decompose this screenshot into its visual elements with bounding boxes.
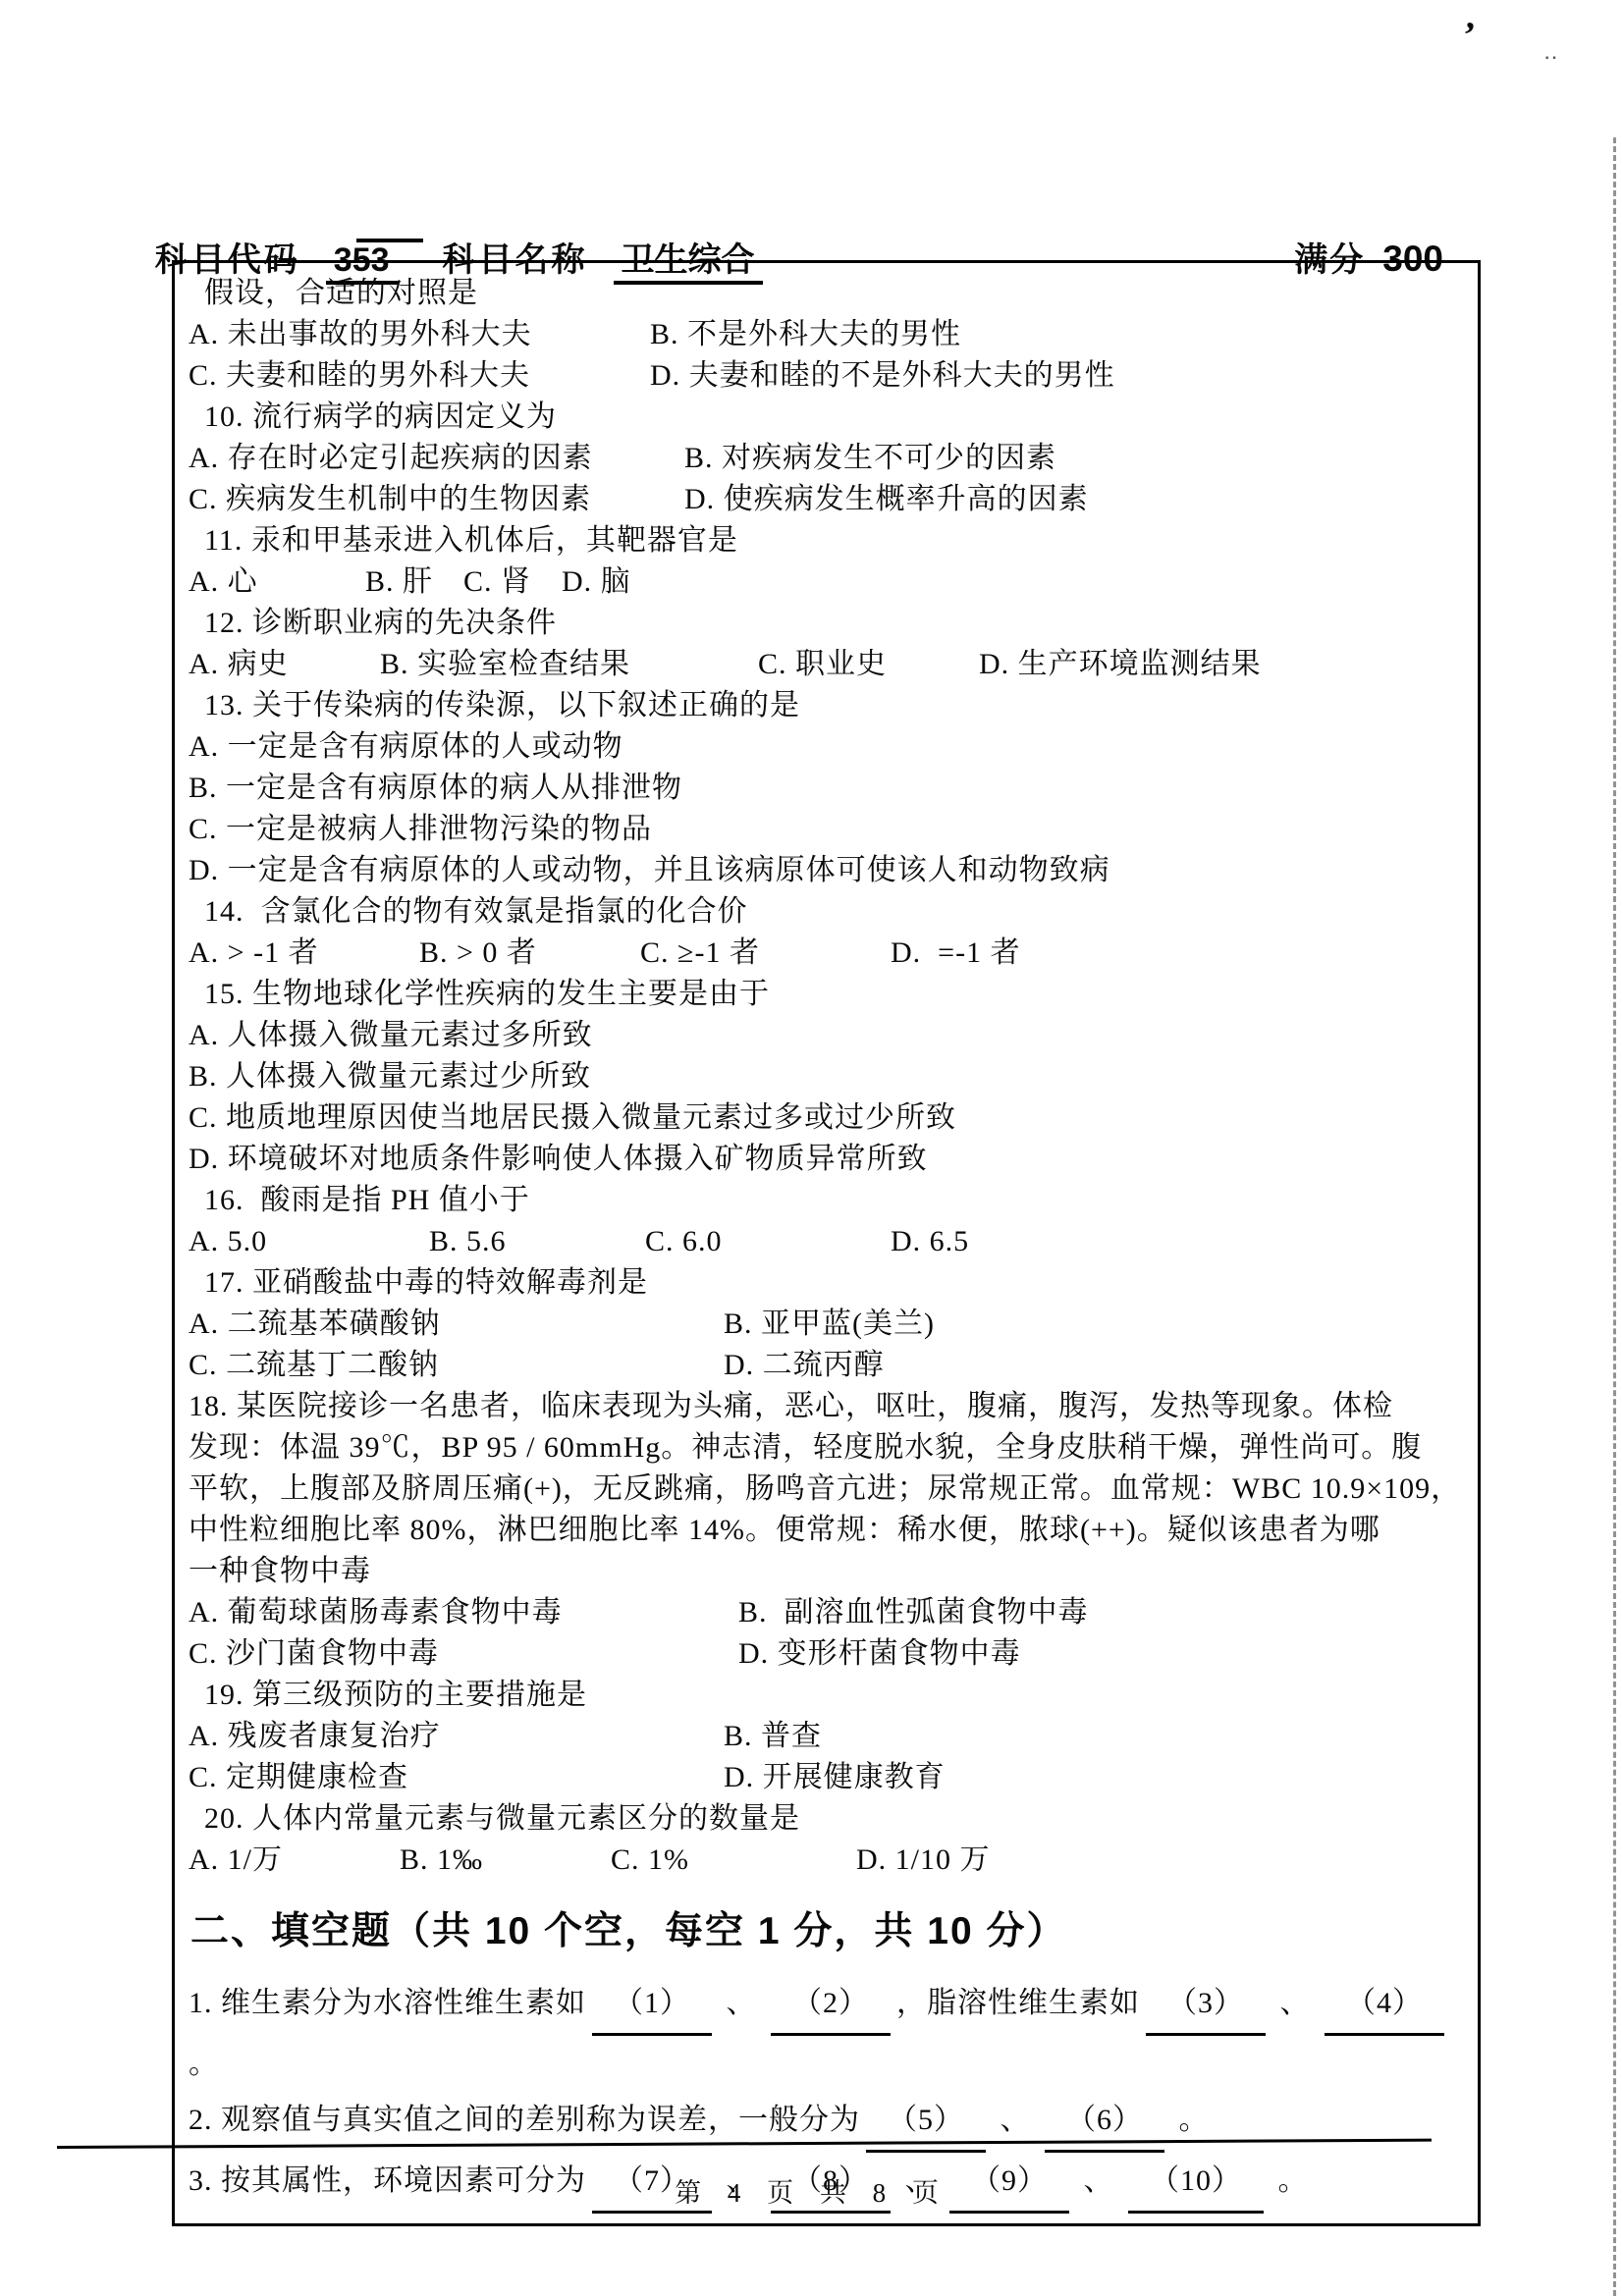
exam-page: 科目代码353科目名称卫生综合 满分300 假设，合适的对照是A. 未出事故的男…: [0, 0, 1623, 2296]
fill-in-text: 1. 维生素分为水溶性维生素如: [189, 1987, 586, 2019]
option-item: B. 1‰: [400, 1840, 611, 1881]
option-item: B. 普查: [724, 1716, 822, 1757]
question-stem: 20. 人体内常量元素与微量元素区分的数量是: [189, 1798, 1465, 1840]
option-item: B. 副溶血性弧菌食物中毒: [738, 1592, 1089, 1633]
option-item: A. 葡萄球菌肠毒素食物中毒: [189, 1592, 738, 1633]
option-item: C. ≥-1 者: [640, 933, 891, 974]
question-stem: 11. 汞和甲基汞进入机体后，其靶器官是: [189, 520, 1465, 561]
fill-in-text: 2. 观察值与真实值之间的差别称为误差，一般分为: [189, 2104, 860, 2136]
option-item: A. > -1 者: [189, 933, 419, 974]
option-item: A. 二巯基苯磺酸钠: [189, 1304, 724, 1345]
exam-header: 科目代码353科目名称卫生综合 满分300: [118, 194, 1512, 253]
question-text: D. 环境破坏对地质条件影响使人体摄入矿物质异常所致: [189, 1139, 1465, 1180]
option-item: B. 肝: [365, 561, 463, 603]
question-box: 假设，合适的对照是A. 未出事故的男外科大夫B. 不是外科大夫的男性C. 夫妻和…: [172, 260, 1481, 2226]
option-item: C. 定期健康检查: [189, 1757, 724, 1798]
question-text: C. 一定是被病人排泄物污染的物品: [189, 809, 1465, 850]
question-text: C. 地质地理原因使当地居民摄入微量元素过多或过少所致: [189, 1097, 1465, 1139]
option-item: D. 6.5: [891, 1221, 969, 1262]
option-item: C. 肾: [463, 561, 562, 603]
option-item: A. 1/万: [189, 1840, 400, 1881]
option-item: D. =-1 者: [891, 933, 1021, 974]
question-stem: 10. 流行病学的病因定义为: [189, 397, 1465, 438]
question-stem: 16. 酸雨是指 PH 值小于: [189, 1180, 1465, 1221]
options-row: A. 病史B. 实验室检查结果C. 职业史D. 生产环境监测结果: [189, 644, 1465, 685]
option-item: B. 不是外科大夫的男性: [650, 314, 961, 355]
option-item: D. 夫妻和睦的不是外科大夫的男性: [650, 355, 1115, 397]
option-item: A. 存在时必定引起疾病的因素: [189, 438, 684, 479]
page-number: 第 4 页 共 8 页: [0, 2171, 1623, 2210]
option-item: C. 职业史: [758, 644, 979, 685]
options-row: C. 定期健康检查D. 开展健康教育: [189, 1757, 1465, 1798]
question-stem: 12. 诊断职业病的先决条件: [189, 603, 1465, 644]
question-text: 18. 某医院接诊一名患者，临床表现为头痛，恶心，呕吐，腹痛，腹泻，发热等现象。…: [189, 1386, 1465, 1427]
scan-artifact-line: [356, 239, 423, 242]
question-text: A. 人体摄入微量元素过多所致: [189, 1015, 1465, 1056]
scan-artifact-mark: ʼ: [1458, 13, 1477, 57]
question-stem: 13. 关于传染病的传染源，以下叙述正确的是: [189, 685, 1465, 726]
option-item: B. 实验室检查结果: [380, 644, 758, 685]
options-row: A. 心B. 肝C. 肾D. 脑: [189, 561, 1465, 603]
options-row: C. 二巯基丁二酸钠D. 二巯丙醇: [189, 1345, 1465, 1386]
options-row: A. > -1 者B. > 0 者C. ≥-1 者D. =-1 者: [189, 933, 1465, 974]
options-row: C. 疾病发生机制中的生物因素D. 使疾病发生概率升高的因素: [189, 479, 1465, 520]
options-row: A. 葡萄球菌肠毒素食物中毒B. 副溶血性弧菌食物中毒: [189, 1592, 1465, 1633]
option-item: C. 6.0: [645, 1221, 891, 1262]
question-stem: 15. 生物地球化学性疾病的发生主要是由于: [189, 974, 1465, 1015]
options-row: A. 存在时必定引起疾病的因素B. 对疾病发生不可少的因素: [189, 438, 1465, 479]
question-stem: 14. 含氯化合的物有效氯是指氯的化合价: [189, 891, 1465, 933]
question-stem: 17. 亚硝酸盐中毒的特效解毒剂是: [189, 1262, 1465, 1304]
question-text: 发现：体温 39℃，BP 95 / 60mmHg。神志清，轻度脱水貌，全身皮肤稍…: [189, 1427, 1465, 1468]
blank-field: （3）: [1146, 1975, 1266, 2036]
option-item: A. 残废者康复治疗: [189, 1716, 724, 1757]
fill-in-text: ，脂溶性维生素如: [896, 1987, 1140, 2019]
scan-page-edge: [1613, 137, 1616, 2296]
section-heading: 二、填空题（共 10 个空，每空 1 分，共 10 分）: [190, 1908, 1465, 1955]
blank-field: （4）: [1325, 1975, 1444, 2036]
options-row: A. 5.0B. 5.6C. 6.0D. 6.5: [189, 1221, 1465, 1262]
option-item: B. > 0 者: [419, 933, 640, 974]
option-item: A. 心: [189, 561, 365, 603]
option-item: D. 二巯丙醇: [724, 1345, 885, 1386]
option-item: D. 1/10 万: [856, 1840, 991, 1881]
options-row: A. 未出事故的男外科大夫B. 不是外科大夫的男性: [189, 314, 1465, 355]
option-item: C. 夫妻和睦的男外科大夫: [189, 355, 650, 397]
options-row: C. 沙门菌食物中毒D. 变形杆菌食物中毒: [189, 1633, 1465, 1675]
fill-in-text: 、: [718, 1987, 765, 2019]
option-item: C. 1%: [611, 1840, 856, 1881]
options-row: A. 二巯基苯磺酸钠B. 亚甲蓝(美兰): [189, 1304, 1465, 1345]
question-text: D. 一定是含有病原体的人或动物，并且该病原体可使该人和动物致病: [189, 850, 1465, 891]
fill-in-line: 1. 维生素分为水溶性维生素如（1） 、 （2），脂溶性维生素如（3） 、 （4…: [189, 1975, 1465, 2092]
blank-field: （6）: [1045, 2092, 1164, 2153]
option-item: D. 变形杆菌食物中毒: [738, 1633, 1021, 1675]
question-text: 中性粒细胞比率 80%，淋巴细胞比率 14%。便常规：稀水便，脓球(++)。疑似…: [189, 1510, 1465, 1551]
options-row: A. 1/万B. 1‰C. 1%D. 1/10 万: [189, 1840, 1465, 1881]
fill-in-text: 、: [992, 2104, 1039, 2136]
blank-field: （2）: [771, 1975, 891, 2036]
scan-artifact-dots: ‥: [1543, 39, 1560, 65]
option-item: A. 5.0: [189, 1221, 429, 1262]
question-text: 一种食物中毒: [189, 1551, 1465, 1592]
option-item: D. 使疾病发生概率升高的因素: [684, 479, 1089, 520]
options-row: C. 夫妻和睦的男外科大夫D. 夫妻和睦的不是外科大夫的男性: [189, 355, 1465, 397]
option-item: A. 未出事故的男外科大夫: [189, 314, 650, 355]
fill-in-text: 、: [1271, 1987, 1319, 2019]
option-item: D. 生产环境监测结果: [979, 644, 1262, 685]
option-item: B. 亚甲蓝(美兰): [724, 1304, 935, 1345]
question-text: B. 人体摄入微量元素过少所致: [189, 1056, 1465, 1097]
blank-field: （1）: [592, 1975, 712, 2036]
fill-in-text: 。: [1170, 2104, 1210, 2136]
question-text: B. 一定是含有病原体的病人从排泄物: [189, 768, 1465, 809]
option-item: B. 对疾病发生不可少的因素: [684, 438, 1056, 479]
question-text: A. 一定是含有病原体的人或动物: [189, 726, 1465, 768]
question-text: 平软，上腹部及脐周压痛(+)，无反跳痛，肠鸣音亢进；尿常规正常。血常规：WBC …: [189, 1468, 1465, 1510]
option-item: B. 5.6: [429, 1221, 645, 1262]
option-item: D. 脑: [562, 561, 631, 603]
options-row: A. 残废者康复治疗B. 普查: [189, 1716, 1465, 1757]
option-item: C. 疾病发生机制中的生物因素: [189, 479, 684, 520]
question-stem: 假设，合适的对照是: [189, 273, 1465, 314]
option-item: C. 沙门菌食物中毒: [189, 1633, 738, 1675]
question-stem: 19. 第三级预防的主要措施是: [189, 1675, 1465, 1716]
option-item: C. 二巯基丁二酸钠: [189, 1345, 724, 1386]
option-item: A. 病史: [189, 644, 380, 685]
option-item: D. 开展健康教育: [724, 1757, 946, 1798]
